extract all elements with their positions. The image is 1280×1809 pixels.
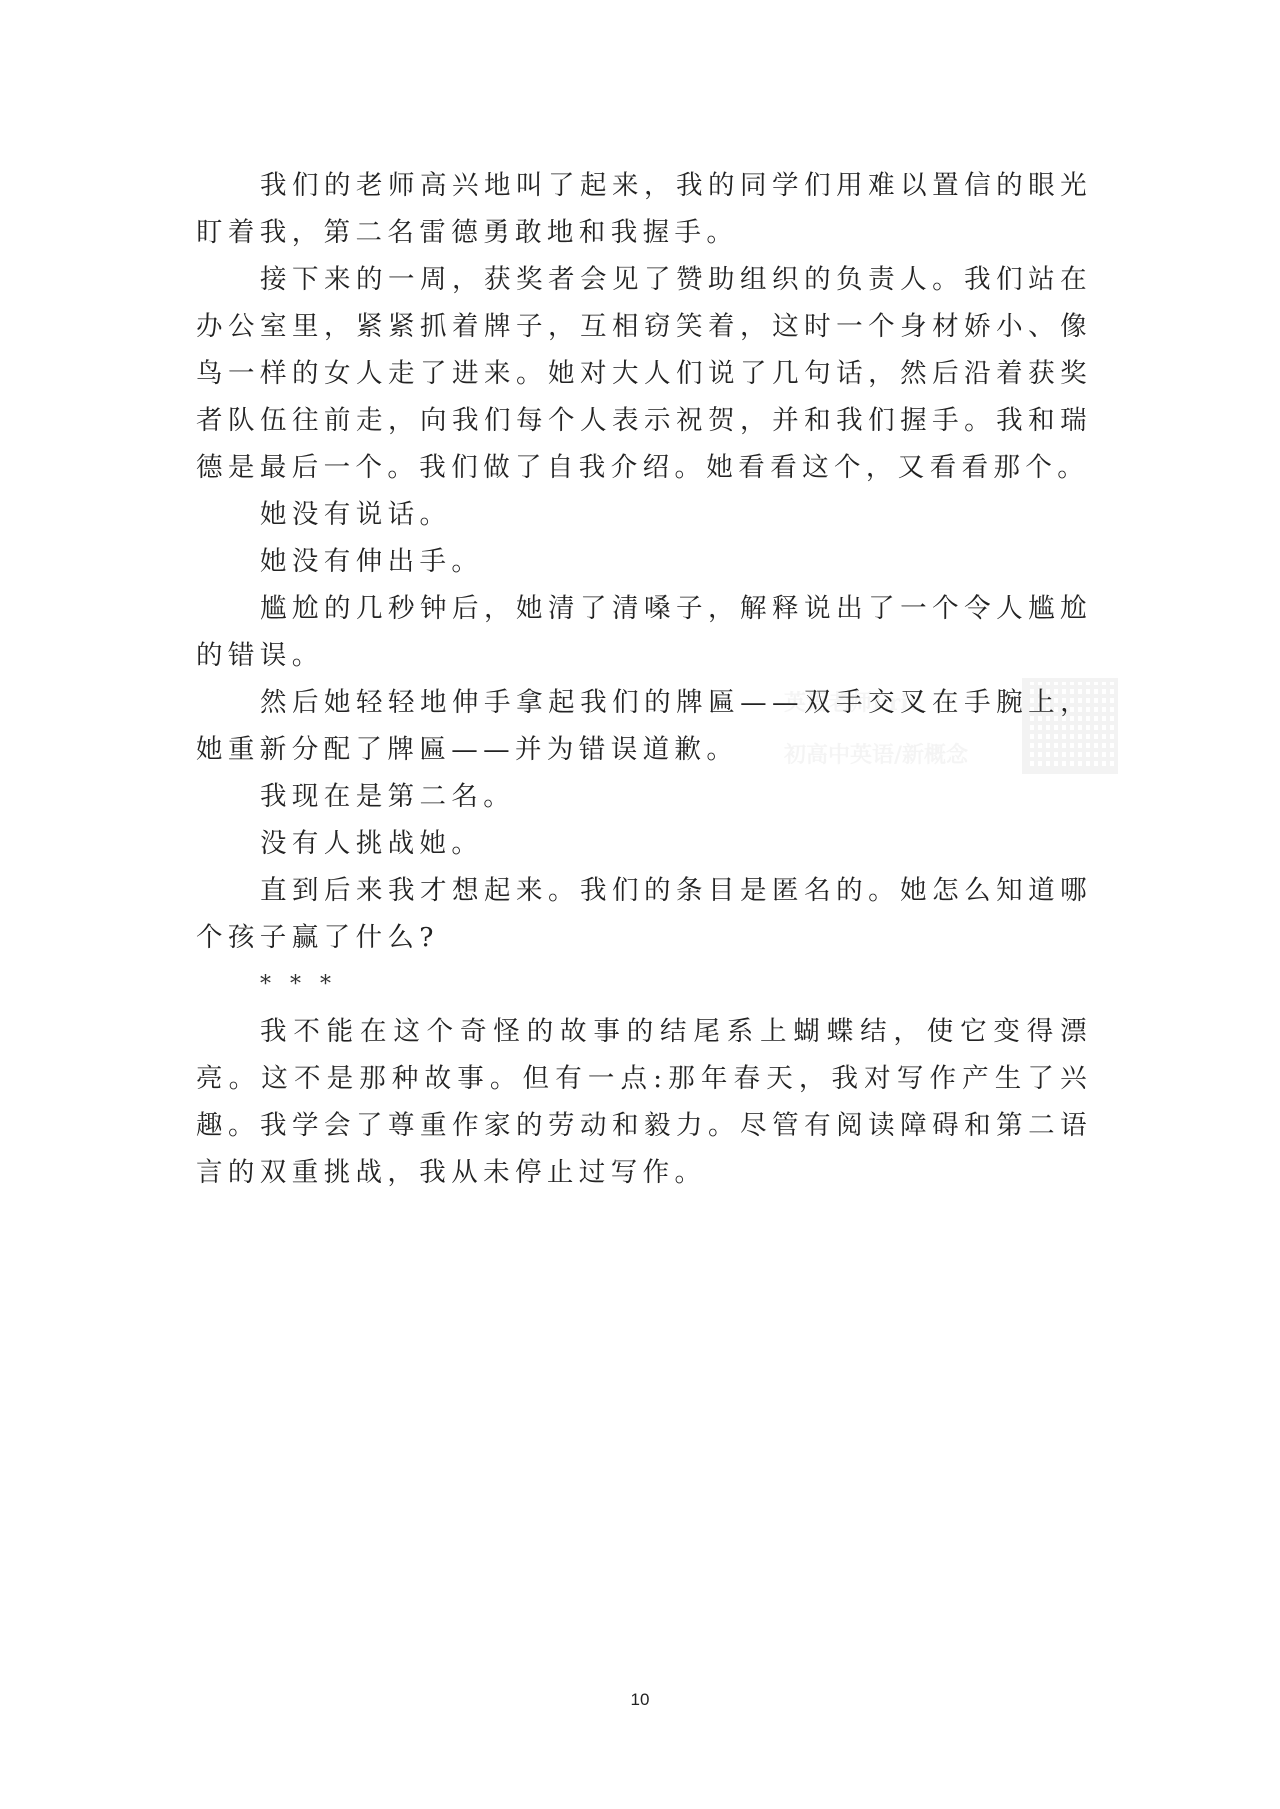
paragraph: 直到后来我才想起来。我们的条目是匿名的。她怎么知道哪个孩子赢了什么?	[196, 867, 1092, 961]
page-number: 10	[0, 1690, 1280, 1710]
paragraph: 我们的老师高兴地叫了起来，我的同学们用难以置信的眼光盯着我，第二名雷德勇敢地和我…	[196, 162, 1092, 256]
section-separator: * * *	[196, 961, 1092, 1008]
paragraph: 她没有伸出手。	[196, 538, 1092, 585]
paragraph: 我现在是第二名。	[196, 773, 1092, 820]
paragraph: 接下来的一周，获奖者会见了赞助组织的负责人。我们站在办公室里，紧紧抓着牌子，互相…	[196, 256, 1092, 491]
closing-paragraph: 我不能在这个奇怪的故事的结尾系上蝴蝶结，使它变得漂亮。这不是那种故事。但有一点:…	[196, 1008, 1092, 1196]
body-text: 我们的老师高兴地叫了起来，我的同学们用难以置信的眼光盯着我，第二名雷德勇敢地和我…	[196, 162, 1092, 1196]
document-page: 我们的老师高兴地叫了起来，我的同学们用难以置信的眼光盯着我，第二名雷德勇敢地和我…	[0, 0, 1280, 1809]
paragraph: 然后她轻轻地伸手拿起我们的牌匾——双手交叉在手腕上，她重新分配了牌匾——并为错误…	[196, 679, 1092, 773]
paragraph: 她没有说话。	[196, 491, 1092, 538]
paragraph: 没有人挑战她。	[196, 820, 1092, 867]
paragraph: 尴尬的几秒钟后，她清了清嗓子，解释说出了一个令人尴尬的错误。	[196, 585, 1092, 679]
